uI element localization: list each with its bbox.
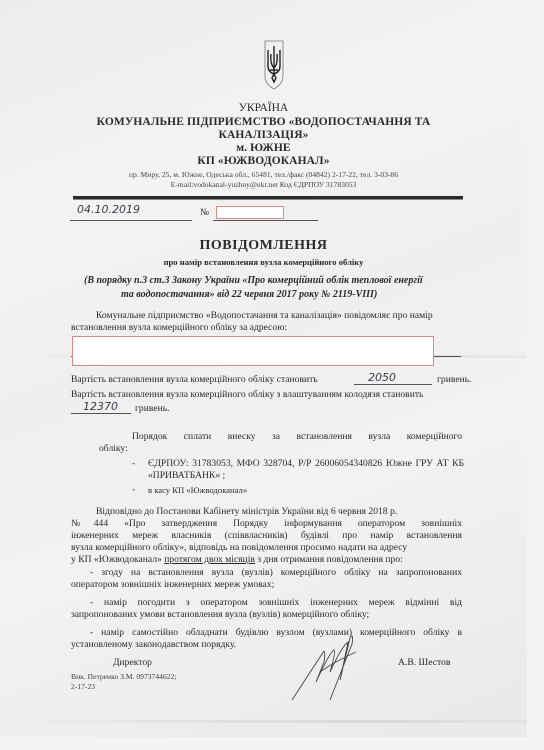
- letterhead-city: м. ЮЖНЕ: [0, 142, 527, 154]
- document-title: ПОВІДОМЛЕННЯ: [0, 238, 527, 254]
- payment-option-bullet: -: [132, 484, 135, 496]
- response-option-negotiate-line1: - намір погодити з оператором зовнішніх …: [90, 597, 462, 609]
- cost2-text: Вартість встановлення вузла комерційного…: [71, 389, 423, 401]
- document-page: УКРАЇНА КОМУНАЛЬНЕ ПІДПРИЄМСТВО «ВОДОПОС…: [0, 0, 527, 737]
- payment-option-bank-line1: ЄДРПОУ: 31783053, МФО 328704, Р/Р 260060…: [148, 458, 464, 470]
- cost2-underline: [71, 413, 131, 414]
- resolution-line3: інженерних мереж власників (співвласникі…: [71, 530, 462, 542]
- executor-phone: 2-17-23: [71, 682, 95, 691]
- intro-line2: встановлення вузла комерційного обліку з…: [71, 322, 287, 334]
- document-date: 04.10.2019: [77, 203, 140, 216]
- date-underline: [70, 220, 192, 221]
- payment-option-bullet: -: [132, 458, 135, 470]
- law-reference-line2: та водопостачання» від 22 червня 2017 ро…: [121, 289, 377, 300]
- resolution-line5-suffix: з дня отримання повідомлення про:: [255, 554, 403, 565]
- law-reference-line1: (В порядку п.3 ст.3 Закону України «Про …: [84, 275, 423, 286]
- cost1-value: 2050: [368, 371, 396, 384]
- paper-crease: [0, 720, 527, 723]
- cost1-underline: [354, 384, 432, 385]
- response-option-self-install-line2: установленому законодавством порядку.: [71, 639, 236, 651]
- resolution-line1: Відповідно до Постанови Кабінету міністр…: [96, 506, 397, 518]
- document-subtitle: про намір встановлення вузла комерційног…: [0, 257, 527, 267]
- signatory-name: А.В. Шестов: [398, 657, 450, 669]
- number-label: №: [200, 208, 209, 218]
- resolution-line2: №444 «Про затвердження Порядку інформува…: [71, 518, 462, 530]
- cost2-value: 12370: [83, 400, 118, 413]
- resolution-line4: вузла комерційного обліку», відповідь на…: [71, 542, 407, 554]
- response-option-agree-line1: - згоду на встановлення вузла (вузлів) к…: [90, 567, 462, 579]
- letterhead-org-line1: КОМУНАЛЬНЕ ПІДПРИЄМСТВО «ВОДОПОСТАЧАННЯ …: [0, 116, 527, 128]
- intro-line1: Комунальне підприємство «Водопостачання …: [96, 310, 433, 322]
- response-option-self-install-line1: - намір самостійно обладнати будівлю вуз…: [90, 627, 462, 639]
- payment-option-bank-line2: «ПРИВАТБАНК» ;: [148, 470, 225, 482]
- cost1-unit: гривень.: [437, 374, 472, 386]
- trident-coat-of-arms-icon: [264, 40, 284, 90]
- executor-info: Вик. Петренко З.М. 0973744622;: [71, 672, 176, 681]
- payment-line2: обліку:: [99, 443, 128, 455]
- resolution-line5: у КП «Южводоканал» протягом двох місяців…: [71, 554, 403, 566]
- redacted-document-number: [216, 206, 284, 219]
- response-option-negotiate-line2: запропонованих умови встановлення вузла …: [71, 609, 369, 621]
- letterhead-short-name: КП «ЮЖВОДОКАНАЛ»: [0, 155, 527, 167]
- letterhead-org-line2: КАНАЛІЗАЦІЯ»: [0, 129, 527, 141]
- deadline-text: протягом двох місяців: [164, 554, 255, 565]
- letterhead-contacts: E-mail:vodokanal-yuzhny@ukr.net Код ЄДРП…: [0, 180, 527, 189]
- cost1-text: Вартість встановлення вузла комерційного…: [71, 374, 318, 386]
- number-underline: [213, 220, 318, 221]
- letterhead-country: УКРАЇНА: [0, 102, 527, 114]
- response-option-agree-line2: оператором зовнішніх інженерних мереж ум…: [71, 579, 274, 591]
- letterhead-address: пр. Миру, 25, м. Южне, Одеська обл., 654…: [0, 170, 527, 179]
- redacted-address: [72, 336, 434, 366]
- cost2-unit: гривень.: [135, 403, 170, 415]
- signatory-position: Директор: [113, 657, 152, 669]
- payment-option-cashier: в касу КП «Южводоканал»: [148, 484, 247, 496]
- letterhead-divider: [73, 196, 463, 200]
- handwritten-signature-icon: [290, 632, 380, 704]
- resolution-line5-prefix: у КП «Южводоканал»: [71, 554, 164, 565]
- payment-line1: Порядок сплати внеску за встановлення ву…: [132, 431, 462, 443]
